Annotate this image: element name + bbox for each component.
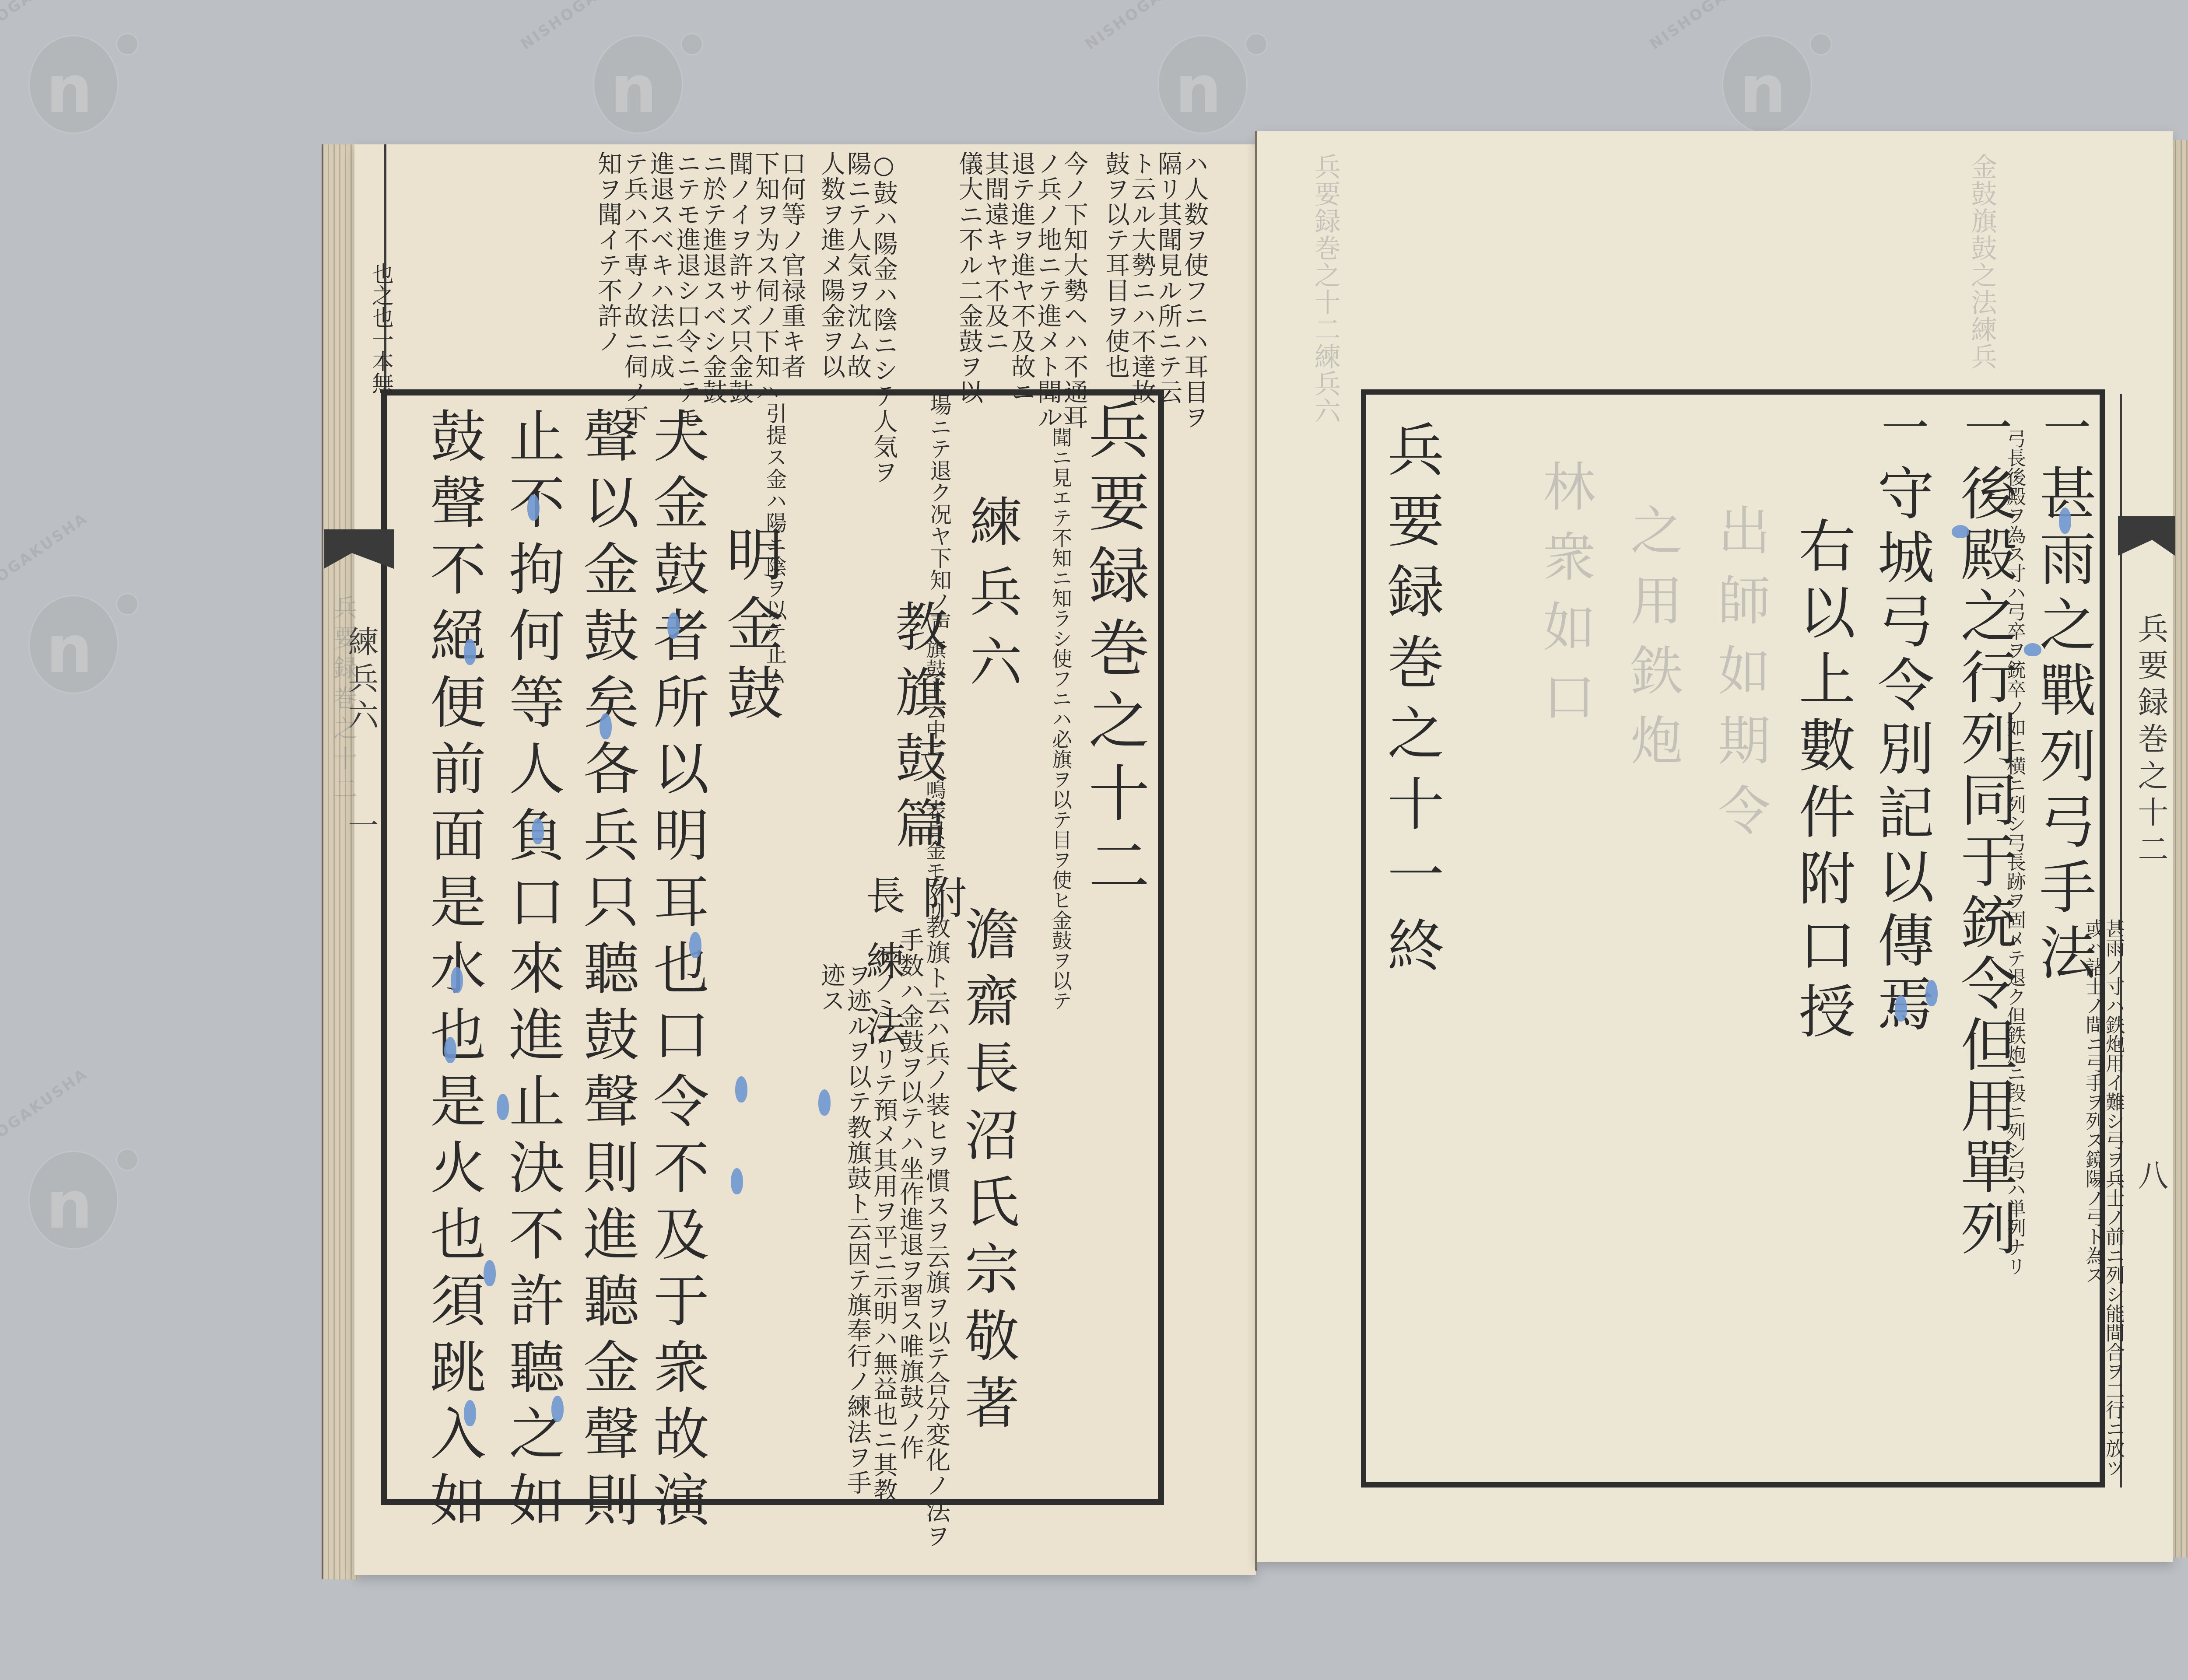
volume-title: 兵要録巻之十二 — [1081, 398, 1147, 906]
chapter-title: 練兵六 — [958, 494, 1024, 704]
appendix-gloss-line: 手数ハ金鼓ヲ以テハ坐作進退ヲ習ス唯旗鼓ノ作 — [897, 927, 922, 1460]
body-column: 止不拘何等人負口來進止決不許聽之如 — [499, 407, 565, 1537]
bleed-through-text: 林衆如口 — [1532, 459, 1597, 739]
appendix-item: 長 — [858, 875, 906, 920]
headnote-line: ○鼓ハ陽金ハ陰ニシテ人気ヲ — [871, 151, 896, 485]
watermark-logo: nNISHOGAKUSHA — [569, 9, 700, 140]
closing-line: 右以上數件附口授 — [1790, 516, 1855, 1048]
blue-annotation-mark — [600, 713, 612, 739]
blue-annotation-mark — [689, 932, 701, 958]
headnote-line: 陽ニテ人気ヲ沈ム故 — [845, 151, 870, 379]
blue-annotation-mark — [551, 1396, 564, 1422]
headnote-line: 進退スベキハ法ニ成 — [648, 151, 673, 379]
headnote-line: 人数ヲ進メ陽金ヲ以 — [818, 151, 844, 379]
headnote-line: ハ人数ヲ使フニハ耳目ヲ — [1182, 151, 1207, 430]
body-column: 聲以金鼓矣各兵只聽鼓聲則進聽金聲則 — [573, 407, 639, 1537]
watermark-logo: nNISHOGAKUSHA — [1133, 9, 1265, 140]
blue-annotation-mark — [1952, 525, 1969, 538]
appendix-gloss-line: 迹ス — [818, 962, 844, 1013]
book-gutter — [1255, 131, 1257, 1571]
blue-annotation-mark — [532, 818, 544, 844]
appendix-gloss-line: 教旗ト云ハ兵ノ装ヒヲ慣スヲ云旗ヲ以テ合分変化ノ法ヲ — [923, 914, 949, 1549]
top-margin-note: 也之也一本無 — [370, 262, 393, 394]
body-column: 夫金鼓者所以明耳也口令不及于衆故演 — [643, 407, 709, 1537]
blue-annotation-mark — [731, 1168, 743, 1194]
bleed-through-text: 兵要録巻之十二練兵六 — [1313, 153, 1338, 424]
author-line: 澹齋長沼氏宗敬著 — [954, 906, 1020, 1441]
blue-annotation-mark — [464, 1400, 476, 1426]
volume-end-title: 兵要録巻之十一終 — [1378, 420, 1444, 987]
headnote-line: 儀大ニ不ル二金鼓ヲ以 — [956, 151, 982, 405]
headnote-line: ト云ル大勢ニハ不達故 — [1129, 151, 1154, 405]
blue-annotation-mark — [444, 1037, 456, 1063]
item-text: 守城弓令別記以傳焉 — [1869, 464, 1934, 1039]
blue-annotation-mark — [2059, 507, 2071, 534]
headnote-line: 退テ進ヲ進ヤ不及故ニ — [1009, 151, 1034, 405]
blue-annotation-mark — [464, 639, 476, 665]
watermark-logo: nNISHOGAKUSHA — [4, 9, 136, 140]
headnote-line: 下知ヲ为ス伺ノ下知ハ — [753, 151, 778, 405]
blue-annotation-mark — [818, 1089, 831, 1116]
blue-annotation-mark — [484, 1260, 496, 1286]
blue-annotation-mark — [497, 1094, 509, 1120]
headnote-line: ニ於テ進退スベシ金鼓 — [700, 151, 726, 405]
appendix-gloss-line: ヲ迹ルヲ以テ教旗鼓ト云因テ旗奉行ノ練法ヲ手 — [845, 962, 870, 1495]
watermark-logo: nNISHOGAKUSHA — [1698, 9, 1829, 140]
headnote-line: 口何等ノ官禄重キ者 — [779, 151, 804, 379]
blue-annotation-mark — [1895, 995, 1907, 1022]
item-gloss: 弓長後殿ヲ為ス寸ハ弓卒ヲ銃卒ノ如ニ横ニ列シ弓長跡ヲ固メテ退ク但鉄炮ニ段ニ列シ弓ハ… — [2004, 429, 2024, 1479]
blue-annotation-mark — [451, 967, 463, 993]
right-hashira-title: 兵要録巻之十二 — [2135, 612, 2166, 870]
volume-title-gloss: ハ聞ニ見エテ不知ニ知ラシ使フニハ必旗ヲ以テ目ヲ使ヒ金鼓ヲ以テ — [1050, 407, 1071, 1011]
headnote-line: 知ヲ聞イテ不許ノ — [595, 151, 621, 354]
appendix-gloss-line: ケノミアリテ預メ其用ヲ平ニ示明ハ無益也ニ其教 — [871, 945, 896, 1503]
headnote-line: ノ兵ノ地ニテ進メト聞ル — [1035, 151, 1060, 430]
headnote-line: 今ノ下知大勢ヘハ不通耳 — [1061, 151, 1087, 430]
bleed-through-text: 金鼓旗鼓之法練兵 — [1969, 153, 1995, 370]
left-hashira-title: 兵要録巻之十二 — [328, 595, 359, 806]
item-text: 甚雨之戰列弓手法 — [2030, 464, 2096, 989]
item-bullet: 一 — [2039, 402, 2087, 457]
item-bullet: 一 — [1960, 402, 2009, 457]
blue-annotation-mark — [1925, 980, 1938, 1006]
side-note: 引提ス金ハ陽ニ陰ヲ以テ止ム — [764, 402, 785, 687]
chapter-gloss: 場ニテ退ク况ヤ下知ノ声 — [928, 394, 950, 634]
headnote-line: ニテモ進退シ口令ニテモ — [674, 151, 699, 430]
headnote-line: 其間遠キヤ不及ニ — [982, 151, 1008, 354]
item-bullet: 一 — [1877, 402, 1925, 457]
blue-annotation-mark — [527, 494, 540, 521]
headnote-line: 鼓ヲ以テ耳目ヲ使也 — [1103, 151, 1128, 379]
headnote-line: 聞ノイヲ許サズ只金鼓 — [726, 151, 752, 405]
left-hashira-page-number: 一 — [346, 809, 376, 846]
blue-annotation-mark — [667, 612, 680, 639]
right-hashira-page-number: 八 — [2135, 1159, 2166, 1196]
blue-annotation-mark — [2024, 643, 2041, 656]
headnote-line: テ兵ハ不専ノ故ニ伺ノ下 — [621, 151, 647, 430]
blue-annotation-mark — [735, 1076, 747, 1102]
watermark-logo: nNISHOGAKUSHA — [4, 1124, 136, 1256]
watermark-logo: nNISHOGAKUSHA — [4, 569, 136, 700]
bleed-through-text: 之用鉄炮 — [1619, 503, 1685, 783]
left-page-edges — [322, 144, 358, 1579]
bleed-through-text: 出師如期令 — [1707, 503, 1772, 853]
right-page-edges — [2170, 140, 2188, 1557]
headnote-line: 隔リ其聞見ル所ニテ云 — [1155, 151, 1181, 405]
item-gloss: 甚雨ノ寸ハ鉄炮用イ難シ弓ヲ兵士ノ前ニ列シ能間合ヲ二行ニ放ツ或ハ諸士ノ間ニ弓手ヲ列… — [2083, 919, 2123, 1487]
